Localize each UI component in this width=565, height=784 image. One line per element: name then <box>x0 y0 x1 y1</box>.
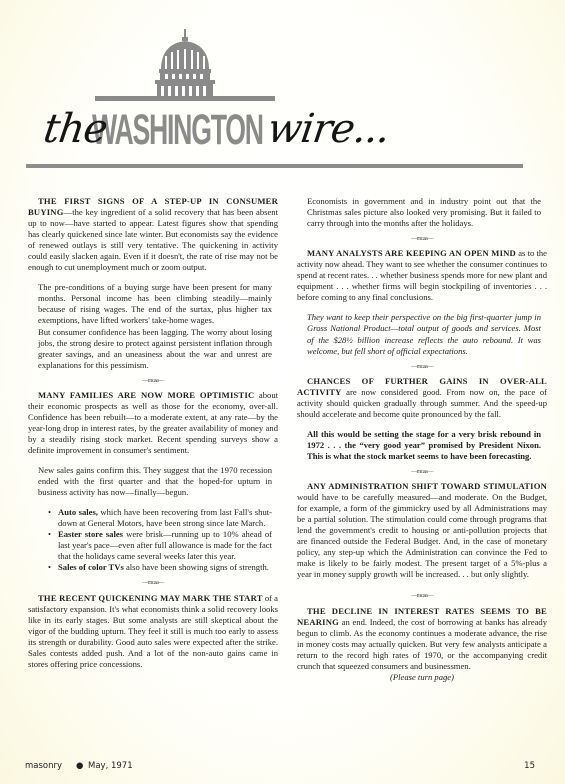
masthead-rule <box>26 164 523 168</box>
list-item: Easter store sales were brisk—running up… <box>58 529 272 562</box>
right-column: Economists in government and in industry… <box>297 196 547 683</box>
left-column: THE FIRST SIGNS OF A STEP-UP IN CONSUMER… <box>28 196 278 670</box>
inset-preconditions: The pre-conditions of a buying surge hav… <box>38 282 272 370</box>
issue-date: May, 1971 <box>88 761 133 771</box>
masthead-prefix: the <box>41 106 110 152</box>
section-recent-quickening: THE RECENT QUICKENING MAY MARK THE START… <box>28 593 278 670</box>
continued-note: (Please turn page) <box>297 672 547 683</box>
page-footer: masonry ● May, 1971 15 <box>25 761 535 773</box>
separator: —mcaa— <box>28 578 278 589</box>
bullet-icon: ● <box>76 761 83 771</box>
separator: —mcaa— <box>297 591 547 602</box>
separator: —mcaa— <box>297 362 547 373</box>
bullet-list: Auto sales, which have been recovering f… <box>38 507 272 573</box>
section-families-optimistic: MANY FAMILIES ARE NOW MORE OPTIMISTIC ab… <box>28 390 278 456</box>
inset-sales-gains: New sales gains confirm this. They sugge… <box>38 465 272 573</box>
section-consumer-buying: THE FIRST SIGNS OF A STEP-UP IN CONSUMER… <box>28 196 278 273</box>
list-item: Sales of color TVs also have been showin… <box>58 562 272 573</box>
section-interest-rates: THE DECLINE IN INTEREST RATES SEEMS TO B… <box>297 606 547 672</box>
masthead-suffix: wire... <box>265 106 392 152</box>
inset-gnp: They want to keep their perspective on t… <box>307 312 541 356</box>
separator: —mcaa— <box>28 376 278 387</box>
separator: —mcaa— <box>297 467 547 478</box>
separator: —mcaa— <box>297 234 547 245</box>
masthead: WASHINGTON the wire... <box>0 0 565 170</box>
section-open-mind: MANY ANALYSTS ARE KEEPING AN OPEN MIND a… <box>297 248 547 303</box>
section-further-gains: CHANCES OF FURTHER GAINS IN OVER-ALL ACT… <box>297 376 547 420</box>
section-administration-shift: ANY ADMINISTRATION SHIFT TOWARD STIMULAT… <box>297 481 547 580</box>
page-number: 15 <box>524 761 535 771</box>
inset-christmas: Economists in government and in industry… <box>307 196 541 229</box>
publication-name: masonry <box>25 761 62 771</box>
inset-rebound-1972: All this would be setting the stage for … <box>307 429 541 462</box>
list-item: Auto sales, which have been recovering f… <box>58 507 272 529</box>
